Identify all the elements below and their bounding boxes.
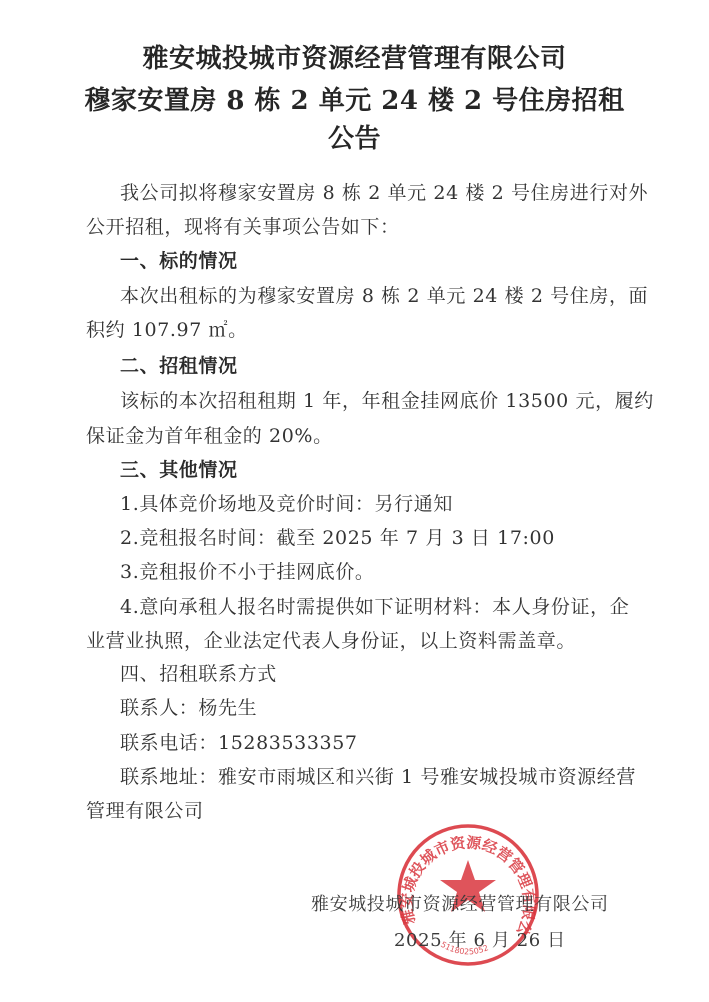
contact-address-line-2: 管理有限公司 [86,796,204,823]
section-2-heading: 二、招租情况 [120,351,238,378]
section-3-heading: 三、其他情况 [120,455,238,482]
section-3-item-1: 1.具体竞价场地及竞价时间：另行通知 [120,489,453,516]
signature-company: 雅安城投城市资源经营管理有限公司 [311,890,609,916]
section-3-item-3: 3.竞租报价不小于挂网底价。 [120,557,375,584]
section-3-item-2: 2.竞租报名时间：截至 2025 年 7 月 3 日 17:00 [120,523,555,550]
section-4-heading: 四、招租联系方式 [120,659,277,686]
section-1-line-1: 本次出租标的为穆家安置房 8 栋 2 单元 24 楼 2 号住房，面 [120,281,648,308]
contact-phone: 联系电话：15283533357 [120,728,358,755]
signature-date: 2025 年 6 月 26 日 [394,926,566,952]
intro-line-2: 公开招租，现将有关事项公告如下： [86,212,400,239]
section-1-heading: 一、标的情况 [120,246,238,273]
title-line-3: 公告 [0,118,709,155]
title-line-2: 穆家安置房 8 栋 2 单元 24 楼 2 号住房招租 [0,80,709,117]
section-3-item-4-line-2: 业营业执照，企业法定代表人身份证，以上资料需盖章。 [86,626,576,653]
contact-person: 联系人：杨先生 [120,693,257,720]
section-3-item-4-line-1: 4.意向承租人报名时需提供如下证明材料：本人身份证，企 [120,592,629,619]
section-1-line-2: 积约 107.97 ㎡。 [86,315,248,342]
intro-line-1: 我公司拟将穆家安置房 8 栋 2 单元 24 楼 2 号住房进行对外 [120,178,648,205]
contact-address-line-1: 联系地址：雅安市雨城区和兴街 1 号雅安城投城市资源经营 [120,762,636,789]
section-2-line-1: 该标的本次招租租期 1 年，年租金挂网底价 13500 元，履约 [120,386,654,413]
title-line-1: 雅安城投城市资源经营管理有限公司 [0,38,709,75]
section-2-line-2: 保证金为首年租金的 20%。 [86,421,333,448]
